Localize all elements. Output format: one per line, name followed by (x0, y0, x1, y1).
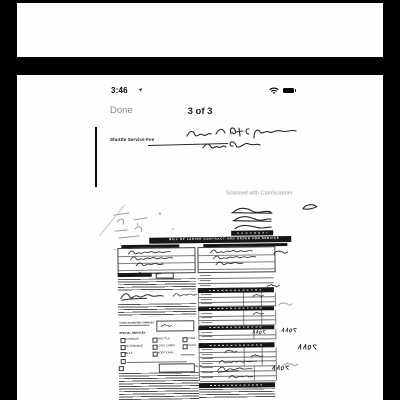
status-bar: 3:46 ➤ (17, 75, 383, 99)
sqft-value-box (159, 363, 195, 372)
handwritten-city-2 (205, 258, 253, 268)
handwritten-total (160, 321, 172, 329)
fine-print-block (118, 303, 196, 317)
handwritten-amount (221, 348, 241, 355)
handwritten-entry (223, 372, 259, 380)
handwritten-amount (265, 282, 281, 289)
charges-rows-1 (198, 292, 276, 307)
toll-free-box (231, 230, 273, 236)
checkbox-label: BULK (126, 352, 133, 355)
noise-speck (159, 213, 161, 215)
label-underline (119, 325, 149, 327)
checkbox-label: PIANO (188, 344, 196, 347)
handwritten-amount (252, 292, 264, 298)
camscanner-watermark: Scanned with CamScanner (226, 190, 276, 196)
checkbox-label: AUTOMOBILE (126, 345, 144, 348)
margin-amount-44-75 (295, 342, 319, 352)
noise-speck (171, 228, 174, 229)
document-preview-page[interactable]: 3:46 ➤ Done 3 of 3 Shuttle Service Fee S… (17, 75, 383, 400)
handwritten-amount (252, 310, 264, 316)
column-divider (243, 311, 244, 325)
column-divider (243, 292, 244, 306)
handwritten-amount (250, 328, 266, 335)
handwritten-blvd (271, 248, 289, 256)
scanned-form: BILL OF LADING CONTRACT AND ORDER FOR SE… (101, 199, 319, 400)
signature-scrawl (116, 291, 168, 303)
checkbox-label: STORAGE (125, 338, 138, 341)
special-services-label: SPECIAL SERVICES (119, 332, 145, 335)
checkbox-label: LONG CARRY (158, 344, 176, 347)
battery-icon (283, 88, 294, 93)
location-arrow-icon: ➤ (138, 86, 146, 94)
margin-note (279, 360, 301, 369)
fine-print-block (199, 388, 275, 399)
checkbox-label: SHUTTLE (157, 337, 169, 340)
form-field-line (199, 268, 275, 270)
wifi-icon (269, 87, 279, 94)
handwritten-city (128, 259, 172, 269)
charges-header-bar-5 (199, 382, 275, 387)
form-title-text: BILL OF LADING CONTRACT AND ORDER FOR SE… (169, 237, 279, 240)
margin-amount (278, 326, 298, 334)
screenshot-root: 3:46 ➤ Done 3 of 3 Shuttle Service Fee S… (0, 0, 400, 400)
page-edge-line (95, 127, 97, 187)
charges-rows-2 (198, 310, 276, 325)
done-button[interactable]: Done (110, 105, 133, 116)
checkbox-sqft (119, 366, 124, 371)
handwritten-date-scribble (229, 204, 275, 233)
status-time: 3:46 (111, 86, 128, 95)
noise-speck (137, 223, 138, 226)
handwritten-checkmark (301, 203, 319, 212)
checkbox-label: ADDITIONAL (158, 351, 174, 354)
fine-print-block (119, 372, 199, 400)
page-indicator: 3 of 3 (170, 106, 230, 117)
blank-line (181, 354, 195, 355)
checkbox-other (121, 359, 126, 364)
phone-field-rows (198, 272, 274, 288)
signature-scrawl-2 (172, 290, 198, 299)
noise-speck (113, 249, 115, 250)
shuttle-fee-label: Shuttle Service Fee (110, 137, 154, 142)
checkbox-label: STAIR (187, 337, 195, 340)
previous-page-sheet (17, 3, 383, 57)
handwritten-entry (132, 270, 166, 278)
handwritten-annotation (183, 122, 301, 156)
margin-note (276, 300, 294, 308)
